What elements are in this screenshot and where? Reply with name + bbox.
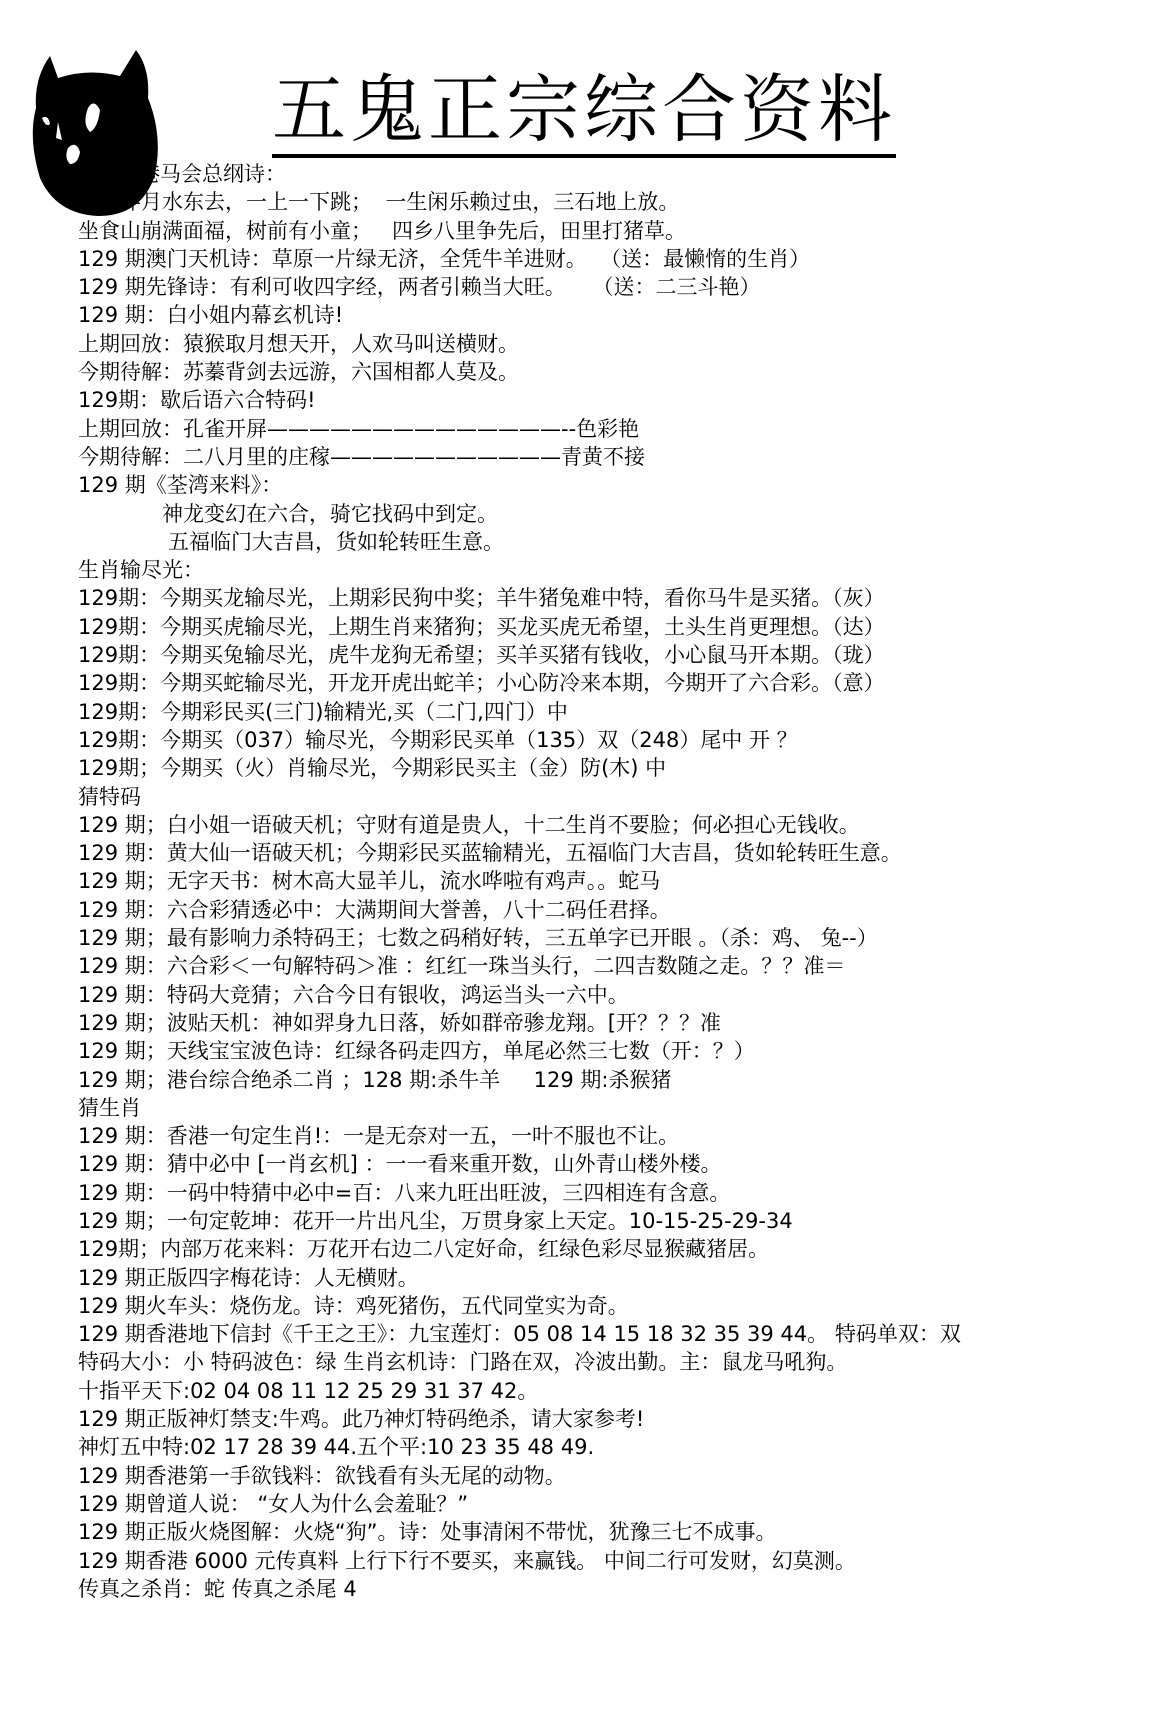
text-line: 129期：今期买蛇输尽光，开龙开虎出蛇羊；小心防冷来本期，今期开了六合彩。（意） (78, 669, 1176, 697)
text-line: 129 期：白小姐内幕玄机诗! (78, 301, 1176, 329)
text-line: 129 期；最有影响力杀特码王；七数之码稍好转，三五单字已开眼 。（杀：鸡、 兔… (78, 924, 1176, 952)
text-line: 129 期；一句定乾坤：花开一片出凡尘，万贯身家上天定。10-15-25-29-… (78, 1207, 1176, 1235)
text-line: 129 期正版神灯禁支:牛鸡。此乃神灯特码绝杀，请大家参考! (78, 1405, 1176, 1433)
text-line: 129期：今期彩民买(三门)输精光,买（二门,四门）中 (78, 698, 1176, 726)
text-line: 猜特码 (78, 783, 1176, 811)
text-line: 129 期香港 6000 元传真料 上行下行不要买，来赢钱。 中间二行可发财，幻… (78, 1547, 1176, 1575)
text-line: 生肖输尽光： (78, 556, 1176, 584)
text-line: 129 期火车头：烧伤龙。诗：鸡死猪伤，五代同堂实为奇。 (78, 1292, 1176, 1320)
content-lines: 香港马会总纲诗：七星伴月水东去，一上一下跳； 一生闲乐赖过虫，三石地上放。坐食山… (78, 160, 1176, 1603)
text-line: 129期：今期买虎输尽光，上期生肖来猪狗；买龙买虎无希望，土头生肖更理想。（达） (78, 613, 1176, 641)
text-line: 129期：歇后语六合特码! (78, 386, 1176, 414)
text-line: 129 期：香港一句定生肖!：一是无奈对一五，一叶不服也不让。 (78, 1122, 1176, 1150)
text-line: 今期待解：二八月里的庄稼———————————青黄不接 (78, 443, 1176, 471)
text-line: 129 期：猜中必中 [一肖玄机] ：一一看来重开数，山外青山楼外楼。 (78, 1150, 1176, 1178)
text-line: 今期待解：苏蓁背剑去远游，六国相都人莫及。 (78, 358, 1176, 386)
text-line: 香港马会总纲诗： (78, 160, 1176, 188)
text-line: 129 期香港第一手欲钱料：欲钱看有头无尾的动物。 (78, 1462, 1176, 1490)
text-line: 129 期正版火烧图解：火烧“狗”。诗：处事清闲不带忧，犹豫三七不成事。 (78, 1518, 1176, 1546)
text-line: 129 期曾道人说： “女人为什么会羞耻？” (78, 1490, 1176, 1518)
text-line: 129期：今期买（037）输尽光，今期彩民买单（135）双（248）尾中 开 ？ (78, 726, 1176, 754)
text-line: 猜生肖 (78, 1094, 1176, 1122)
text-line: 129 期；港台综合绝杀二肖 ；128 期:杀牛羊 129 期:杀猴猪 (78, 1066, 1176, 1094)
text-line: 129期；今期买（火）肖输尽光，今期彩民买主（金）防(木) 中 (78, 754, 1176, 782)
text-line: 特码大小：小 特码波色：绿 生肖玄机诗：门路在双，冷波出勤。主：鼠龙马吼狗。 (78, 1348, 1176, 1376)
text-line: 坐食山崩满面福，树前有小童； 四乡八里争先后，田里打猪草。 (78, 217, 1176, 245)
page-title: 五鬼正宗综合资料 (272, 66, 896, 158)
text-line: 十指平天下:02 04 08 11 12 25 29 31 37 42。 (78, 1377, 1176, 1405)
text-line: 神灯五中特:02 17 28 39 44.五个平:10 23 35 48 49. (78, 1433, 1176, 1461)
text-line: 129 期；波贴天机：神如羿身九日落，娇如群帝骖龙翔。[开？？？准 (78, 1009, 1176, 1037)
text-line: 上期回放：孔雀开屏——————————————--色彩艳 (78, 415, 1176, 443)
text-line: 129 期澳门天机诗：草原一片绿无济，全凭牛羊进财。 （送：最懒惰的生肖） (78, 245, 1176, 273)
text-line: 七星伴月水东去，一上一下跳； 一生闲乐赖过虫，三石地上放。 (78, 188, 1176, 216)
text-line: 129 期；天线宝宝波色诗：红绿各码走四方，单尾必然三七数（开：？） (78, 1037, 1176, 1065)
text-line: 五福临门大吉昌，货如轮转旺生意。 (78, 528, 1176, 556)
text-line: 129 期；无字天书：树木高大显羊儿，流水哗啦有鸡声。。蛇马 (78, 867, 1176, 895)
text-line: 129期；内部万花来料：万花开右边二八定好命，红绿色彩尽显猴藏猪居。 (78, 1235, 1176, 1263)
text-line: 传真之杀肖：蛇 传真之杀尾 4 (78, 1575, 1176, 1603)
text-line: 129 期香港地下信封《千王之王》：九宝莲灯：05 08 14 15 18 32… (78, 1320, 1176, 1348)
text-line: 神龙变幻在六合，骑它找码中到定。 (78, 500, 1176, 528)
text-line: 129 期；白小姐一语破天机；守财有道是贵人，十二生肖不要脸；何必担心无钱收。 (78, 811, 1176, 839)
text-line: 129期：今期买龙输尽光，上期彩民狗中奖；羊牛猪兔难中特，看你马牛是买猪。（灰） (78, 584, 1176, 612)
text-line: 129 期：一码中特猜中必中=百：八来九旺出旺波，三四相连有含意。 (78, 1179, 1176, 1207)
text-line: 129 期：六合彩猜透必中：大满期间大誉善，八十二码任君择。 (78, 896, 1176, 924)
text-line: 129 期：黄大仙一语破天机；今期彩民买蓝输精光，五福临门大吉昌，货如轮转旺生意… (78, 839, 1176, 867)
text-line: 129 期先锋诗：有利可收四字经，两者引赖当大旺。 （送：二三斗艳） (78, 273, 1176, 301)
text-line: 129 期：特码大竞猜；六合今日有银收，鸿运当头一六中。 (78, 981, 1176, 1009)
text-line: 129 期《荃湾来料》： (78, 471, 1176, 499)
text-line: 129 期正版四字梅花诗：人无横财。 (78, 1264, 1176, 1292)
text-line: 上期回放：猿猴取月想天开，人欢马叫送横财。 (78, 330, 1176, 358)
text-line: 129 期：六合彩＜一句解特码＞准 ：红红一珠当头行，二四吉数随之走。？？准＝ (78, 952, 1176, 980)
text-line: 129期：今期买兔输尽光，虎牛龙狗无希望；买羊买猪有钱收，小心鼠马开本期。（珑） (78, 641, 1176, 669)
